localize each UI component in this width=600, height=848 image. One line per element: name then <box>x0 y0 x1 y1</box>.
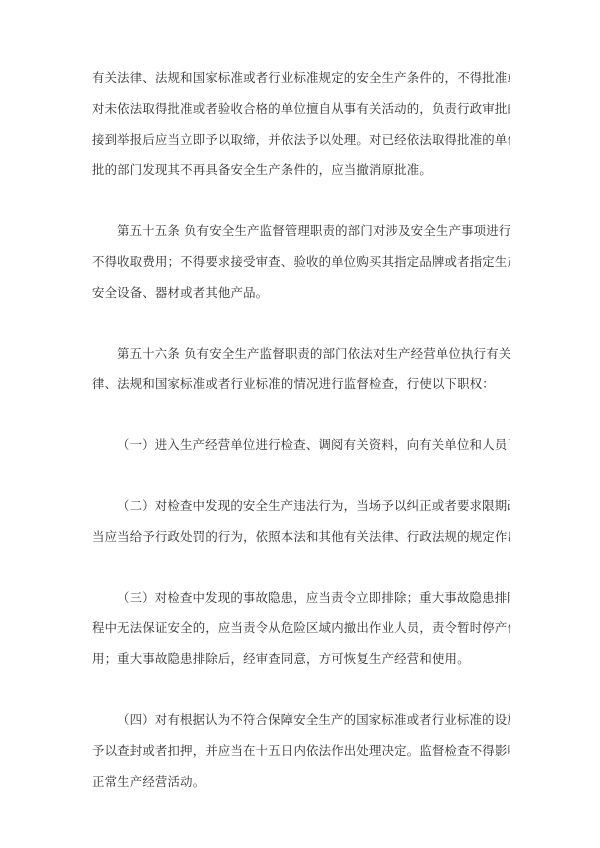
text-line: 第五十五条 负有安全生产监督管理职责的部门对涉及安全生产事项进行审查、验收， <box>92 216 510 247</box>
text-line: 用；重大事故隐患排除后，经审查同意，方可恢复生产经营和使用。 <box>92 644 510 675</box>
text-line: 第五十六条 负有安全生产监督职责的部门依法对生产经营单位执行有关安全生产的法 <box>92 339 510 370</box>
paragraph-item-3: （三）对检查中发现的事故隐患，应当责令立即排除；重大事故隐患排除前或者排除过 程… <box>92 583 510 675</box>
text-line: （四）对有根据认为不符合保障安全生产的国家标准或者行业标准的设施、设备、器材 <box>92 705 510 736</box>
document-body: 有关法律、法规和国家标准或者行业标准规定的安全生产条件的，不得批准或者验收通过。… <box>92 63 510 827</box>
document-page: 有关法律、法规和国家标准或者行业标准规定的安全生产条件的，不得批准或者验收通过。… <box>0 0 600 848</box>
text-line: 程中无法保证安全的，应当责令从危险区域内撤出作业人员，责令暂时停产停业或者停止使 <box>92 613 510 644</box>
text-line: （三）对检查中发现的事故隐患，应当责令立即排除；重大事故隐患排除前或者排除过 <box>92 583 510 614</box>
paragraph-article-55: 第五十五条 负有安全生产监督管理职责的部门对涉及安全生产事项进行审查、验收， 不… <box>92 216 510 308</box>
text-line: 正常生产经营活动。 <box>92 767 510 798</box>
paragraph-approval-conditions: 有关法律、法规和国家标准或者行业标准规定的安全生产条件的，不得批准或者验收通过。… <box>92 63 510 186</box>
text-line: （二）对检查中发现的安全生产违法行为，当场予以纠正或者要求限期改正；对依法应 <box>92 491 510 522</box>
text-line: 批的部门发现其不再具备安全生产条件的，应当撤消原批准。 <box>92 155 510 186</box>
text-line: 不得收取费用；不得要求接受审查、验收的单位购买其指定品牌或者指定生产、销售单位的 <box>92 247 510 278</box>
text-line: 有关法律、法规和国家标准或者行业标准规定的安全生产条件的，不得批准或者验收通过。 <box>92 63 510 94</box>
paragraph-item-2: （二）对检查中发现的安全生产违法行为，当场予以纠正或者要求限期改正；对依法应 当… <box>92 491 510 553</box>
paragraph-article-56: 第五十六条 负有安全生产监督职责的部门依法对生产经营单位执行有关安全生产的法 律… <box>92 339 510 401</box>
paragraph-item-4: （四）对有根据认为不符合保障安全生产的国家标准或者行业标准的设施、设备、器材 予… <box>92 705 510 797</box>
text-line: 接到举报后应当立即予以取缔，并依法予以处理。对已经依法取得批准的单位，负责行政审 <box>92 125 510 156</box>
paragraph-item-1: （一）进入生产经营单位进行检查、调阅有关资料，向有关单位和人员了解情况。 <box>92 430 510 461</box>
text-line: 律、法规和国家标准或者行业标准的情况进行监督检查，行使以下职权： <box>92 369 510 400</box>
text-line: 安全设备、器材或者其他产品。 <box>92 278 510 309</box>
text-line: 当应当给予行政处罚的行为，依照本法和其他有关法律、行政法规的规定作出行政处罚决定… <box>92 522 510 553</box>
text-line: 予以查封或者扣押，并应当在十五日内依法作出处理决定。监督检查不得影响被检查单位的 <box>92 736 510 767</box>
text-line: （一）进入生产经营单位进行检查、调阅有关资料，向有关单位和人员了解情况。 <box>92 430 510 461</box>
text-line: 对未依法取得批准或者验收合格的单位擅自从事有关活动的，负责行政审批的部门发现或者 <box>92 94 510 125</box>
